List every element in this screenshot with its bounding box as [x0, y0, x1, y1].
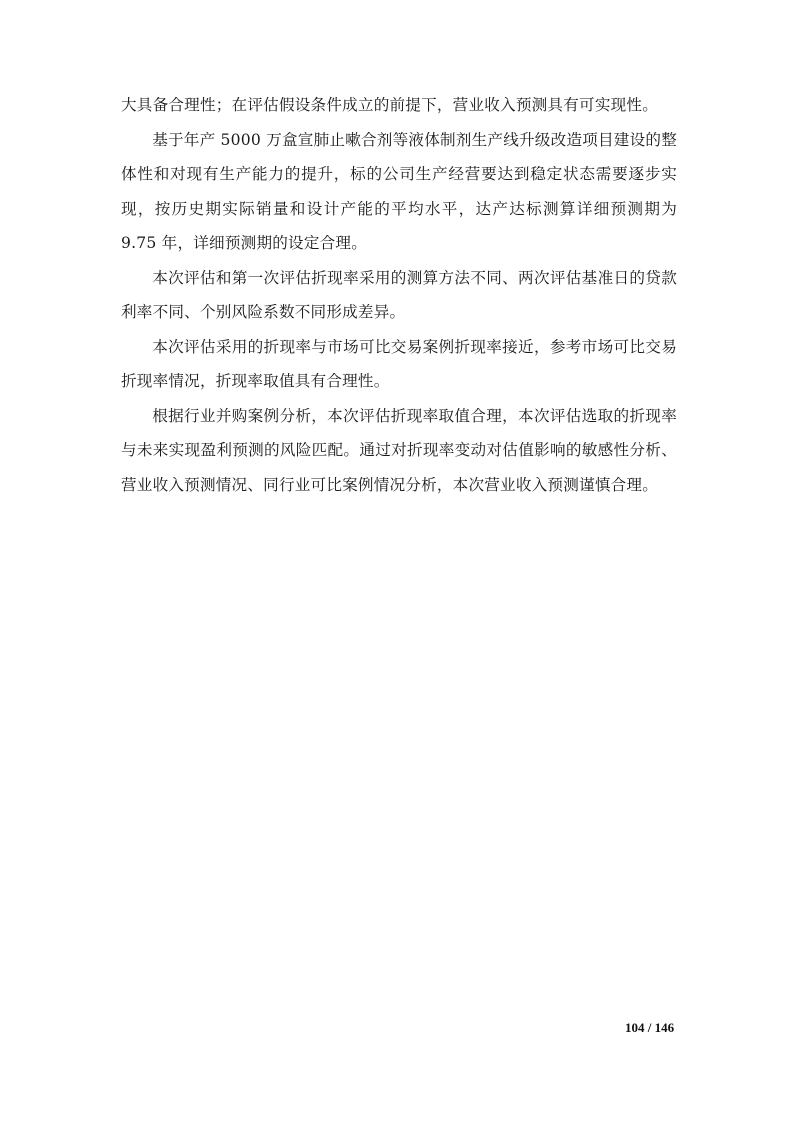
paragraph-conclusion: 根据行业并购案例分析，本次评估折现率取值合理，本次评估选取的折现率与未来实现盈利… [121, 399, 677, 503]
page-number: 104 / 146 [625, 1020, 674, 1036]
paragraph-discount-rate-comparison: 本次评估采用的折现率与市场可比交易案例折现率接近，参考市场可比交易折现率情况，折… [121, 330, 677, 399]
paragraph-discount-rate-difference: 本次评估和第一次评估折现率采用的测算方法不同、两次评估基准日的贷款利率不同、个别… [121, 261, 677, 330]
document-body: 大具备合理性；在评估假设条件成立的前提下，营业收入预测具有可实现性。 基于年产 … [121, 88, 677, 502]
paragraph-continuation: 大具备合理性；在评估假设条件成立的前提下，营业收入预测具有可实现性。 [121, 88, 677, 123]
paragraph-forecast-period: 基于年产 5000 万盒宣肺止嗽合剂等液体制剂生产线升级改造项目建设的整体性和对… [121, 123, 677, 261]
